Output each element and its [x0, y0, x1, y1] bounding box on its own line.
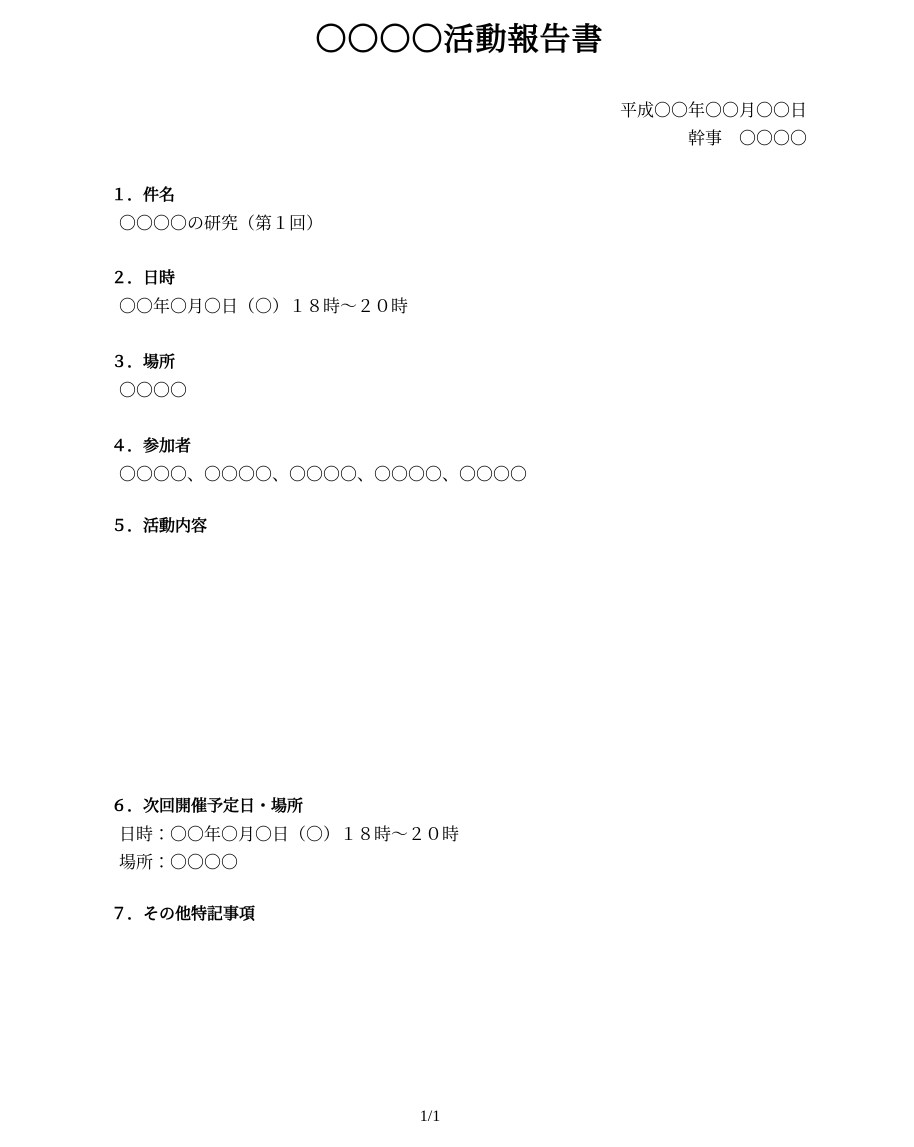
meta-block: 平成〇〇年〇〇月〇〇日 幹事 〇〇〇〇	[620, 97, 807, 153]
section-content-line: 〇〇年〇月〇日（〇）１８時～２０時	[119, 293, 854, 321]
section-heading: ３．場所	[111, 349, 854, 377]
section-content-line: 〇〇〇〇の研究（第１回）	[119, 210, 854, 238]
section-subject: １．件名 〇〇〇〇の研究（第１回）	[111, 182, 854, 238]
section-location: ３．場所 〇〇〇〇	[111, 349, 854, 405]
section-participants: ４．参加者 〇〇〇〇、〇〇〇〇、〇〇〇〇、〇〇〇〇、〇〇〇〇	[111, 433, 854, 489]
section-next-meeting: ６．次回開催予定日・場所 日時：〇〇年〇月〇日（〇）１８時～２０時 場所：〇〇〇…	[111, 793, 854, 877]
section-heading: ２．日時	[111, 265, 854, 293]
section-heading: ６．次回開催予定日・場所	[111, 793, 854, 821]
section-activity: ５．活動内容	[111, 513, 854, 541]
page-number: 1/1	[0, 1106, 860, 1128]
section-content-line: 場所：〇〇〇〇	[119, 849, 854, 877]
section-heading: ５．活動内容	[111, 513, 854, 541]
document-title: 〇〇〇〇活動報告書	[112, 22, 807, 58]
section-content-line: 日時：〇〇年〇月〇日（〇）１８時～２０時	[119, 821, 854, 849]
section-heading: １．件名	[111, 182, 854, 210]
section-content-line: 〇〇〇〇、〇〇〇〇、〇〇〇〇、〇〇〇〇、〇〇〇〇	[119, 461, 854, 489]
section-content-line: 〇〇〇〇	[119, 377, 854, 405]
document-page: 〇〇〇〇活動報告書 平成〇〇年〇〇月〇〇日 幹事 〇〇〇〇 １．件名 〇〇〇〇の…	[0, 0, 914, 1147]
date-line: 平成〇〇年〇〇月〇〇日	[620, 97, 807, 125]
section-datetime: ２．日時 〇〇年〇月〇日（〇）１８時～２０時	[111, 265, 854, 321]
section-notes: ７．その他特記事項	[111, 901, 854, 929]
organizer-line: 幹事 〇〇〇〇	[620, 125, 807, 153]
section-heading: ７．その他特記事項	[111, 901, 854, 929]
section-heading: ４．参加者	[111, 433, 854, 461]
